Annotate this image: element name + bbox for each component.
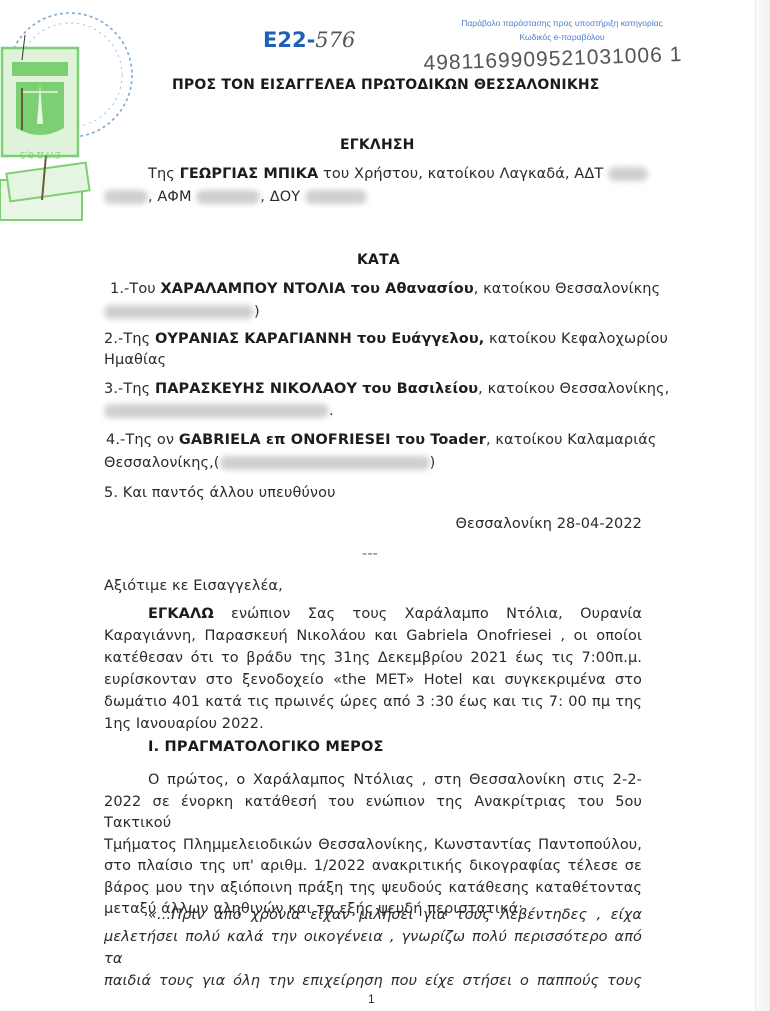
reference-prefix: E22-	[263, 28, 315, 52]
defendant-4: 4.-Της ον GABRIELA επ ONOFRIESEI του Toa…	[106, 432, 656, 448]
redacted-id	[608, 167, 648, 181]
defendant-1: 1.-Του ΧΑΡΑΛΑΜΠΟΥ ΝΤΟΛΙΑ του Αθανασίου, …	[110, 281, 660, 297]
defendant-3-address: .	[104, 403, 334, 419]
complainant-name: ΓΕΩΡΓΙΑΣ ΜΠΙΚΑ	[180, 166, 319, 182]
facts-line-2: 2022 σε ένορκη κατάθεσή του ενώπιον της …	[104, 792, 642, 835]
defendant-1-address: )	[104, 304, 260, 320]
defendant-4-line2: Θεσσαλονίκης,()	[104, 455, 435, 471]
intro-line-5: δωμάτιο 401 κατά τις πρωινές ώρες από 3 …	[104, 691, 642, 713]
fee-stamp-line2: Κωδικός e-παραβόλου	[452, 32, 672, 42]
reference-handwritten: 576	[315, 28, 355, 52]
redacted-address	[104, 305, 254, 319]
section-heading: Ι. ΠΡΑΓΜΑΤΟΛΟΓΙΚΟ ΜΕΡΟΣ	[148, 739, 384, 755]
document-page: ΕΥΡΩ 0,5 E22-576 Παράβολο παράστασης προ…	[0, 0, 770, 1011]
redacted-address	[220, 456, 430, 470]
quote-line-3: παιδιά τους για όλη την επιχείρηση που ε…	[104, 970, 642, 992]
intro-line-4: ευρίσκονταν στο ξενοδοχείο «the MET» Hot…	[104, 669, 642, 691]
complainant-line2: , ΑΦΜ , ΔΟΥ	[104, 189, 367, 205]
facts-line-3: Τμήματος Πλημμελειοδικών Θεσσαλονίκης, Κ…	[104, 835, 642, 857]
defendant-5: 5. Και παντός άλλου υπευθύνου	[104, 485, 336, 501]
fee-stamp-line1: Παράβολο παράστασης προς υποστήριξη κατη…	[452, 18, 672, 28]
intro-line-2: Καραγιάννη, Παρασκευή Νικολάου και Gabri…	[104, 625, 642, 647]
defendant-2-line2: Ημαθίας	[104, 352, 166, 368]
page-edge-shadow	[755, 0, 770, 1011]
redacted-doy	[305, 190, 367, 204]
facts-line-1: Ο πρώτος, ο Χαράλαμπος Ντόλιας , στη Θεσ…	[104, 770, 642, 792]
document-title: ΕΓΚΛΗΣΗ	[340, 137, 415, 153]
facts-paragraph: Ο πρώτος, ο Χαράλαμπος Ντόλιας , στη Θεσ…	[104, 770, 642, 921]
defendant-3: 3.-Της ΠΑΡΑΣΚΕΥΗΣ ΝΙΚΟΛΑΟΥ του Βασιλείου…	[104, 381, 669, 397]
fee-stamp: Παράβολο παράστασης προς υποστήριξη κατη…	[452, 18, 672, 42]
complainant-line1: Της ΓΕΩΡΓΙΑΣ ΜΠΙΚΑ του Χρήστου, κατοίκου…	[148, 166, 648, 182]
quote-line-2: μελετήσει πολύ καλά την οικογένεια , γνω…	[104, 926, 642, 970]
facts-line-4: στο πλαίσιο της υπ' αριθμ. 1/2022 ανακρι…	[104, 856, 642, 878]
intro-line-6: 1ης Ιανουαρίου 2022.	[104, 713, 642, 735]
page-number: 1	[368, 992, 375, 1006]
intro-paragraph: ΕΓΚΑΛΩ ενώπιον Σας τους Χαράλαμπο Ντόλια…	[104, 603, 642, 735]
redacted-afm	[196, 190, 260, 204]
svg-text:ΕΥΡΩ 0,5: ΕΥΡΩ 0,5	[20, 149, 61, 159]
intro-line-3: κατέθεσαν ότι το βράδυ της 31ης Δεκεμβρί…	[104, 647, 642, 669]
facts-line-5: βάρος μου την αξιόποινη πράξη της ψευδού…	[104, 878, 642, 900]
quote-paragraph: «...Πριν από χρόνια είχαν μιλήσει για το…	[104, 904, 642, 992]
separator: ---	[362, 546, 378, 562]
intro-line-1: ΕΓΚΑΛΩ ενώπιον Σας τους Χαράλαμπο Ντόλια…	[104, 603, 642, 625]
place-date: Θεσσαλονίκη 28-04-2022	[456, 516, 642, 532]
redacted-id-cont	[104, 190, 148, 204]
fee-code-handwritten: 4981169909521031006 1	[423, 43, 683, 76]
reference-number: E22-576	[263, 28, 355, 52]
defendant-2: 2.-Της ΟΥΡΑΝΙΑΣ ΚΑΡΑΓΙΑΝΝΗ του Ευάγγελου…	[104, 331, 668, 347]
redacted-address	[104, 404, 329, 418]
against-title: ΚΑΤΑ	[357, 252, 400, 268]
quote-line-1: «...Πριν από χρόνια είχαν μιλήσει για το…	[104, 904, 642, 926]
salutation: Αξιότιμε κε Εισαγγελέα,	[104, 578, 283, 594]
addressee: ΠΡΟΣ ΤΟΝ ΕΙΣΑΓΓΕΛΕΑ ΠΡΩΤΟΔΙΚΩΝ ΘΕΣΣΑΛΟΝΙ…	[172, 77, 600, 93]
